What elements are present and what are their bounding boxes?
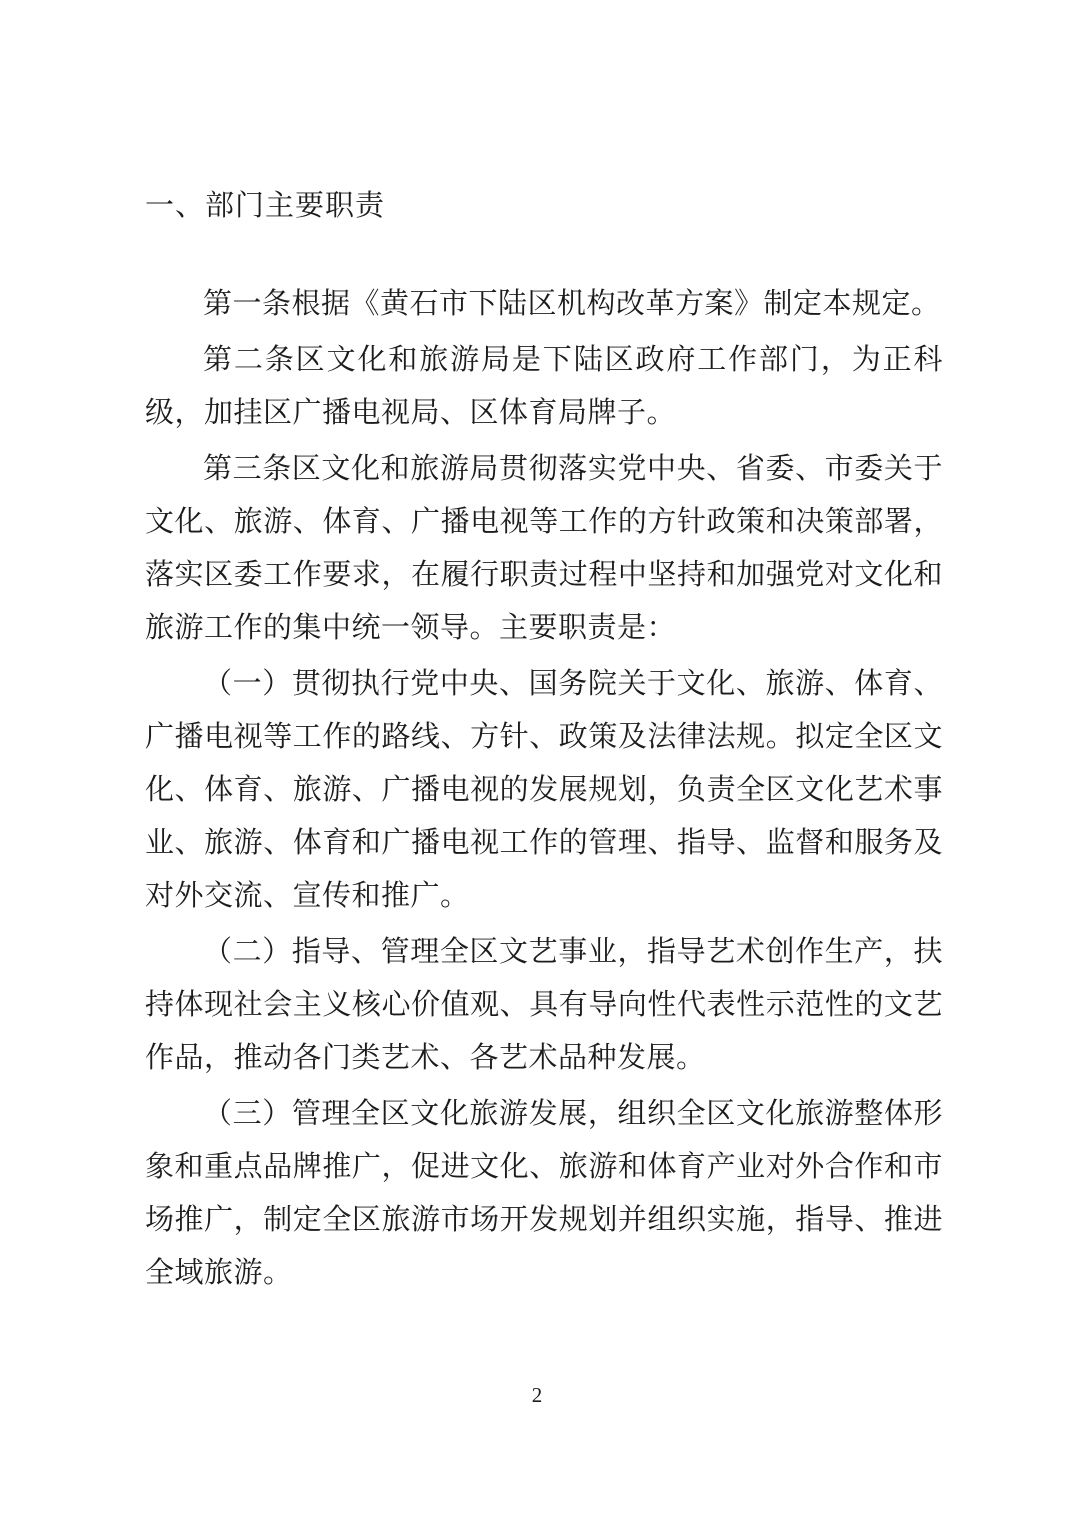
paragraph-article-1: 第一条根据《黄石市下陆区机构改革方案》制定本规定。: [145, 278, 943, 331]
paragraph-article-3: 第三条区文化和旅游局贯彻落实党中央、省委、市委关于文化、旅游、体育、广播电视等工…: [145, 443, 943, 655]
page-number: 2: [532, 1383, 543, 1407]
page-footer: 2: [0, 1383, 1074, 1408]
paragraph-article-2: 第二条区文化和旅游局是下陆区政府工作部门，为正科级，加挂区广播电视局、区体育局牌…: [145, 334, 943, 440]
document-page: 一、部门主要职责 第一条根据《黄石市下陆区机构改革方案》制定本规定。 第二条区文…: [0, 0, 1074, 1520]
section-heading: 一、部门主要职责: [145, 186, 943, 227]
paragraph-duty-1: （一）贯彻执行党中央、国务院关于文化、旅游、体育、广播电视等工作的路线、方针、政…: [145, 658, 943, 923]
document-body: 一、部门主要职责 第一条根据《黄石市下陆区机构改革方案》制定本规定。 第二条区文…: [145, 186, 943, 1303]
paragraph-duty-2: （二）指导、管理全区文艺事业，指导艺术创作生产，扶持体现社会主义核心价值观、具有…: [145, 926, 943, 1085]
paragraph-duty-3: （三）管理全区文化旅游发展，组织全区文化旅游整体形象和重点品牌推广，促进文化、旅…: [145, 1088, 943, 1300]
